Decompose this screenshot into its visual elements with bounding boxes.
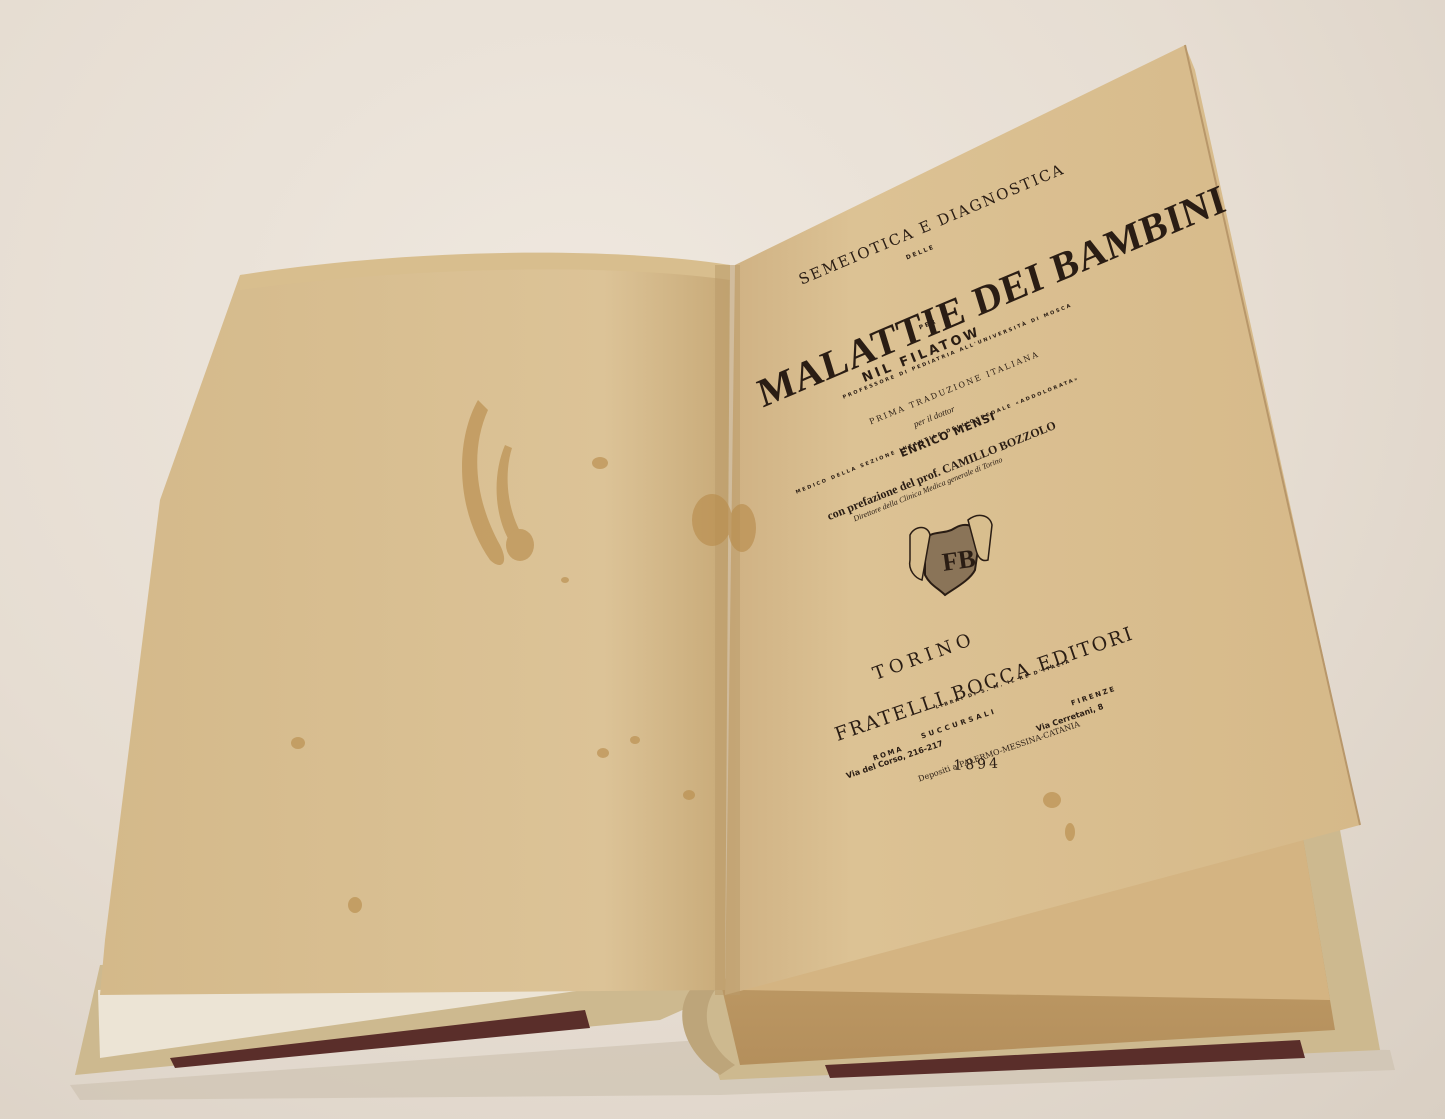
svg-text:FB: FB (940, 544, 977, 577)
left-page (100, 255, 730, 995)
open-book (0, 0, 1445, 1119)
publication-year: 1894 (953, 756, 1001, 774)
publisher-shield-emblem-icon: FB (900, 500, 1000, 600)
